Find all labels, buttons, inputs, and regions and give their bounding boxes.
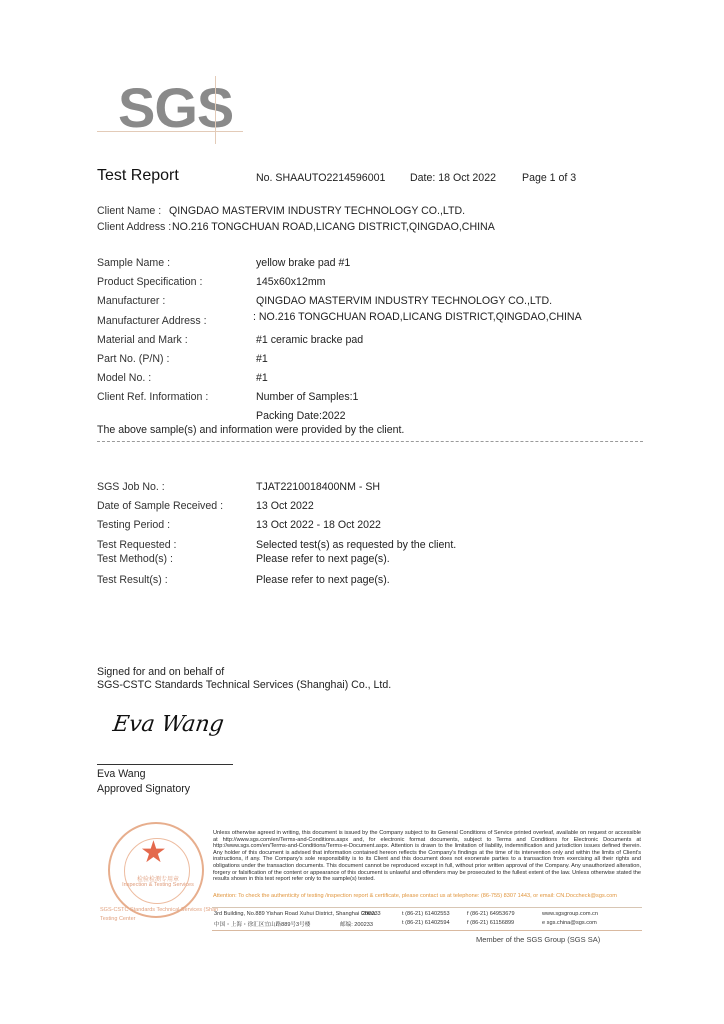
address-en: 3rd Building, No.889 Yishan Road Xuhui D… xyxy=(214,911,375,917)
logo-guide-vertical xyxy=(215,76,216,144)
client-address-label: Client Address : xyxy=(97,221,171,233)
signatory-name: Eva Wang xyxy=(97,768,145,780)
test-requested-value: Selected test(s) as requested by the cli… xyxy=(256,539,456,551)
footer-rule xyxy=(212,930,642,931)
sgs-group-member-note: Member of the SGS Group (SGS SA) xyxy=(476,935,600,944)
authenticity-attention: Attention: To check the authenticity of … xyxy=(213,893,641,900)
footer-address-box: 3rd Building, No.889 Yishan Road Xuhui D… xyxy=(212,907,642,930)
job-no-label: SGS Job No. : xyxy=(97,481,165,493)
address-cn: 中国・上海・徐汇区宜山路889号3号楼 xyxy=(214,920,310,928)
signed-on-behalf-company: SGS-CSTC Standards Technical Services (S… xyxy=(97,679,391,691)
material-mark-value: #1 ceramic bracke pad xyxy=(256,334,363,346)
client-address-value: NO.216 TONGCHUAN ROAD,LICANG DISTRICT,QI… xyxy=(172,221,495,233)
part-no-label: Part No. (P/N) : xyxy=(97,353,169,365)
testing-period-value: 13 Oct 2022 - 18 Oct 2022 xyxy=(256,519,381,531)
telephone-1: t (86-21) 61402553 xyxy=(402,911,450,917)
sample-received-value: 13 Oct 2022 xyxy=(256,500,314,512)
client-name-label: Client Name : xyxy=(97,205,161,217)
report-title: Test Report xyxy=(97,167,179,185)
stamp-bottom-text-2: Testing Center xyxy=(100,916,135,922)
testing-period-label: Testing Period : xyxy=(97,519,170,531)
report-number: No. SHAAUTO2214596001 xyxy=(256,172,385,184)
legal-fine-print: Unless otherwise agreed in writing, this… xyxy=(213,830,641,883)
material-mark-label: Material and Mark : xyxy=(97,334,188,346)
test-result-value: Please refer to next page(s). xyxy=(256,574,390,586)
stamp-text-en: Inspection & Testing Services xyxy=(110,882,206,888)
fax-2: f (86-21) 61156899 xyxy=(467,920,514,926)
signatory-title: Approved Signatory xyxy=(97,783,190,795)
product-spec-label: Product Specification : xyxy=(97,276,202,288)
stamp-bottom-text: SGS-CSTC Standards Technical Services (S… xyxy=(100,907,218,913)
handwritten-signature: Eva Wang xyxy=(111,712,225,737)
fax-1: f (86-21) 64953679 xyxy=(467,911,515,917)
section-divider xyxy=(97,441,643,442)
website: www.sgsgroup.com.cn xyxy=(542,911,598,917)
telephone-2: t (86-21) 61402594 xyxy=(402,920,450,926)
signed-on-behalf-line1: Signed for and on behalf of xyxy=(97,666,224,678)
logo-guide-horizontal xyxy=(97,131,243,132)
company-seal-stamp: ★ 检验检测专用章 Inspection & Testing Services xyxy=(108,822,204,918)
email: e sgs.china@sgs.com xyxy=(542,920,597,926)
job-no-value: TJAT2210018400NM - SH xyxy=(256,481,380,493)
signature-line xyxy=(97,764,233,765)
manufacturer-label: Manufacturer : xyxy=(97,295,165,307)
test-method-value: Please refer to next page(s). xyxy=(256,553,390,565)
sample-received-label: Date of Sample Received : xyxy=(97,500,223,512)
sample-name-value: yellow brake pad #1 xyxy=(256,257,350,269)
test-result-label: Test Result(s) : xyxy=(97,574,168,586)
part-no-value: #1 xyxy=(256,353,268,365)
manufacturer-address-label: Manufacturer Address : xyxy=(97,315,207,327)
page-indicator: Page 1 of 3 xyxy=(522,172,576,184)
sample-name-label: Sample Name : xyxy=(97,257,170,269)
client-ref-value: Number of Samples:1 xyxy=(256,391,358,403)
model-no-value: #1 xyxy=(256,372,268,384)
packing-date-value: Packing Date:2022 xyxy=(256,410,346,422)
test-requested-label: Test Requested : xyxy=(97,539,177,551)
test-method-label: Test Method(s) : xyxy=(97,553,173,565)
report-date: Date: 18 Oct 2022 xyxy=(410,172,496,184)
client-ref-label: Client Ref. Information : xyxy=(97,391,208,403)
product-spec-value: 145x60x12mm xyxy=(256,276,326,288)
manufacturer-value: QINGDAO MASTERVIM INDUSTRY TECHNOLOGY CO… xyxy=(256,295,552,307)
star-icon: ★ xyxy=(140,838,167,868)
provided-by-client-note: The above sample(s) and information were… xyxy=(97,424,404,436)
postcode-en: 200233 xyxy=(362,911,381,917)
manufacturer-address-value: : NO.216 TONGCHUAN ROAD,LICANG DISTRICT,… xyxy=(253,311,582,323)
postcode-cn: 邮编: 200233 xyxy=(340,920,373,928)
model-no-label: Model No. : xyxy=(97,372,151,384)
client-name-value: QINGDAO MASTERVIM INDUSTRY TECHNOLOGY CO… xyxy=(169,205,465,217)
